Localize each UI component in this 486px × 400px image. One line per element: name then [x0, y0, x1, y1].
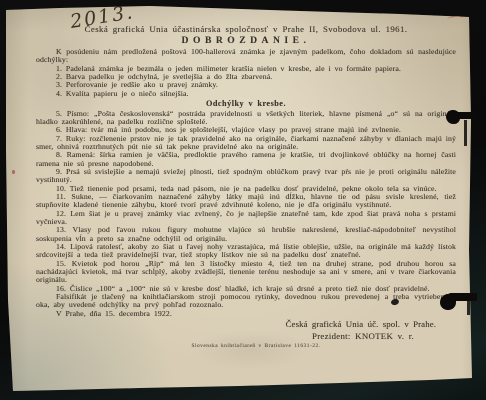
punch-mark-bottom-tail [467, 301, 470, 315]
org-header: Česká grafická Unia účastinárska spoločn… [36, 24, 456, 34]
punch-mark-top [446, 110, 460, 124]
punch-mark-bottom [440, 294, 456, 310]
defect-item-9: 9. Prsá sú svislejšie a nemajú sviežej p… [36, 168, 456, 185]
punch-mark-top-tail [464, 120, 467, 146]
defect-item-12: 12. Lem šiat je u pravej známky viac zvl… [36, 210, 456, 227]
signature-org: Česká grafická Unia úč. spol. v Prahe. [36, 319, 436, 331]
intro-paragraph: K posúdeniu nám predložená poštová 100-h… [36, 48, 456, 65]
printer-imprint: Slovenska knihtlačiareň v Bratislave 116… [36, 342, 456, 350]
doc-title: DOBROZDANIE. [36, 35, 456, 46]
defect-item-5: 5. Písmo: „Pošta československá“ postrád… [36, 110, 456, 127]
scanned-document: 2013. Česká grafická Unia účastinárska s… [0, 0, 486, 400]
defect-item-7: 7. Ruky: rozčlenenie prstov nie je tak p… [36, 135, 456, 152]
dateline: V Prahe, dňa 15. decembra 1922. [36, 310, 456, 318]
defect-item-13: 13. Vlasy pod ľavou rukou figury mohutne… [36, 226, 456, 243]
defect-item-14: 14. Lipová ratolesť, akoby zo šiat u ľav… [36, 243, 456, 260]
defect-item-11: 11. Sukne, — čiarkovaním naznačené záhyb… [36, 193, 456, 210]
defect-item-8: 8. Ramená: šírka ramien je väčšia, predl… [36, 151, 456, 168]
red-speck [12, 170, 15, 174]
section-heading: Odchýlky v kresbe. [36, 99, 456, 109]
signature-president: Prezident: KNOTEK v. r. [36, 331, 436, 343]
defect-item-15: 15. Kvietok pod horou „Ríp“ má len 3 lís… [36, 260, 456, 285]
defect-item-4: 4. Kvalita papieru je o niečo silnejšia. [36, 90, 456, 98]
signature-block: Česká grafická Unia úč. spol. v Prahe. P… [36, 319, 456, 342]
